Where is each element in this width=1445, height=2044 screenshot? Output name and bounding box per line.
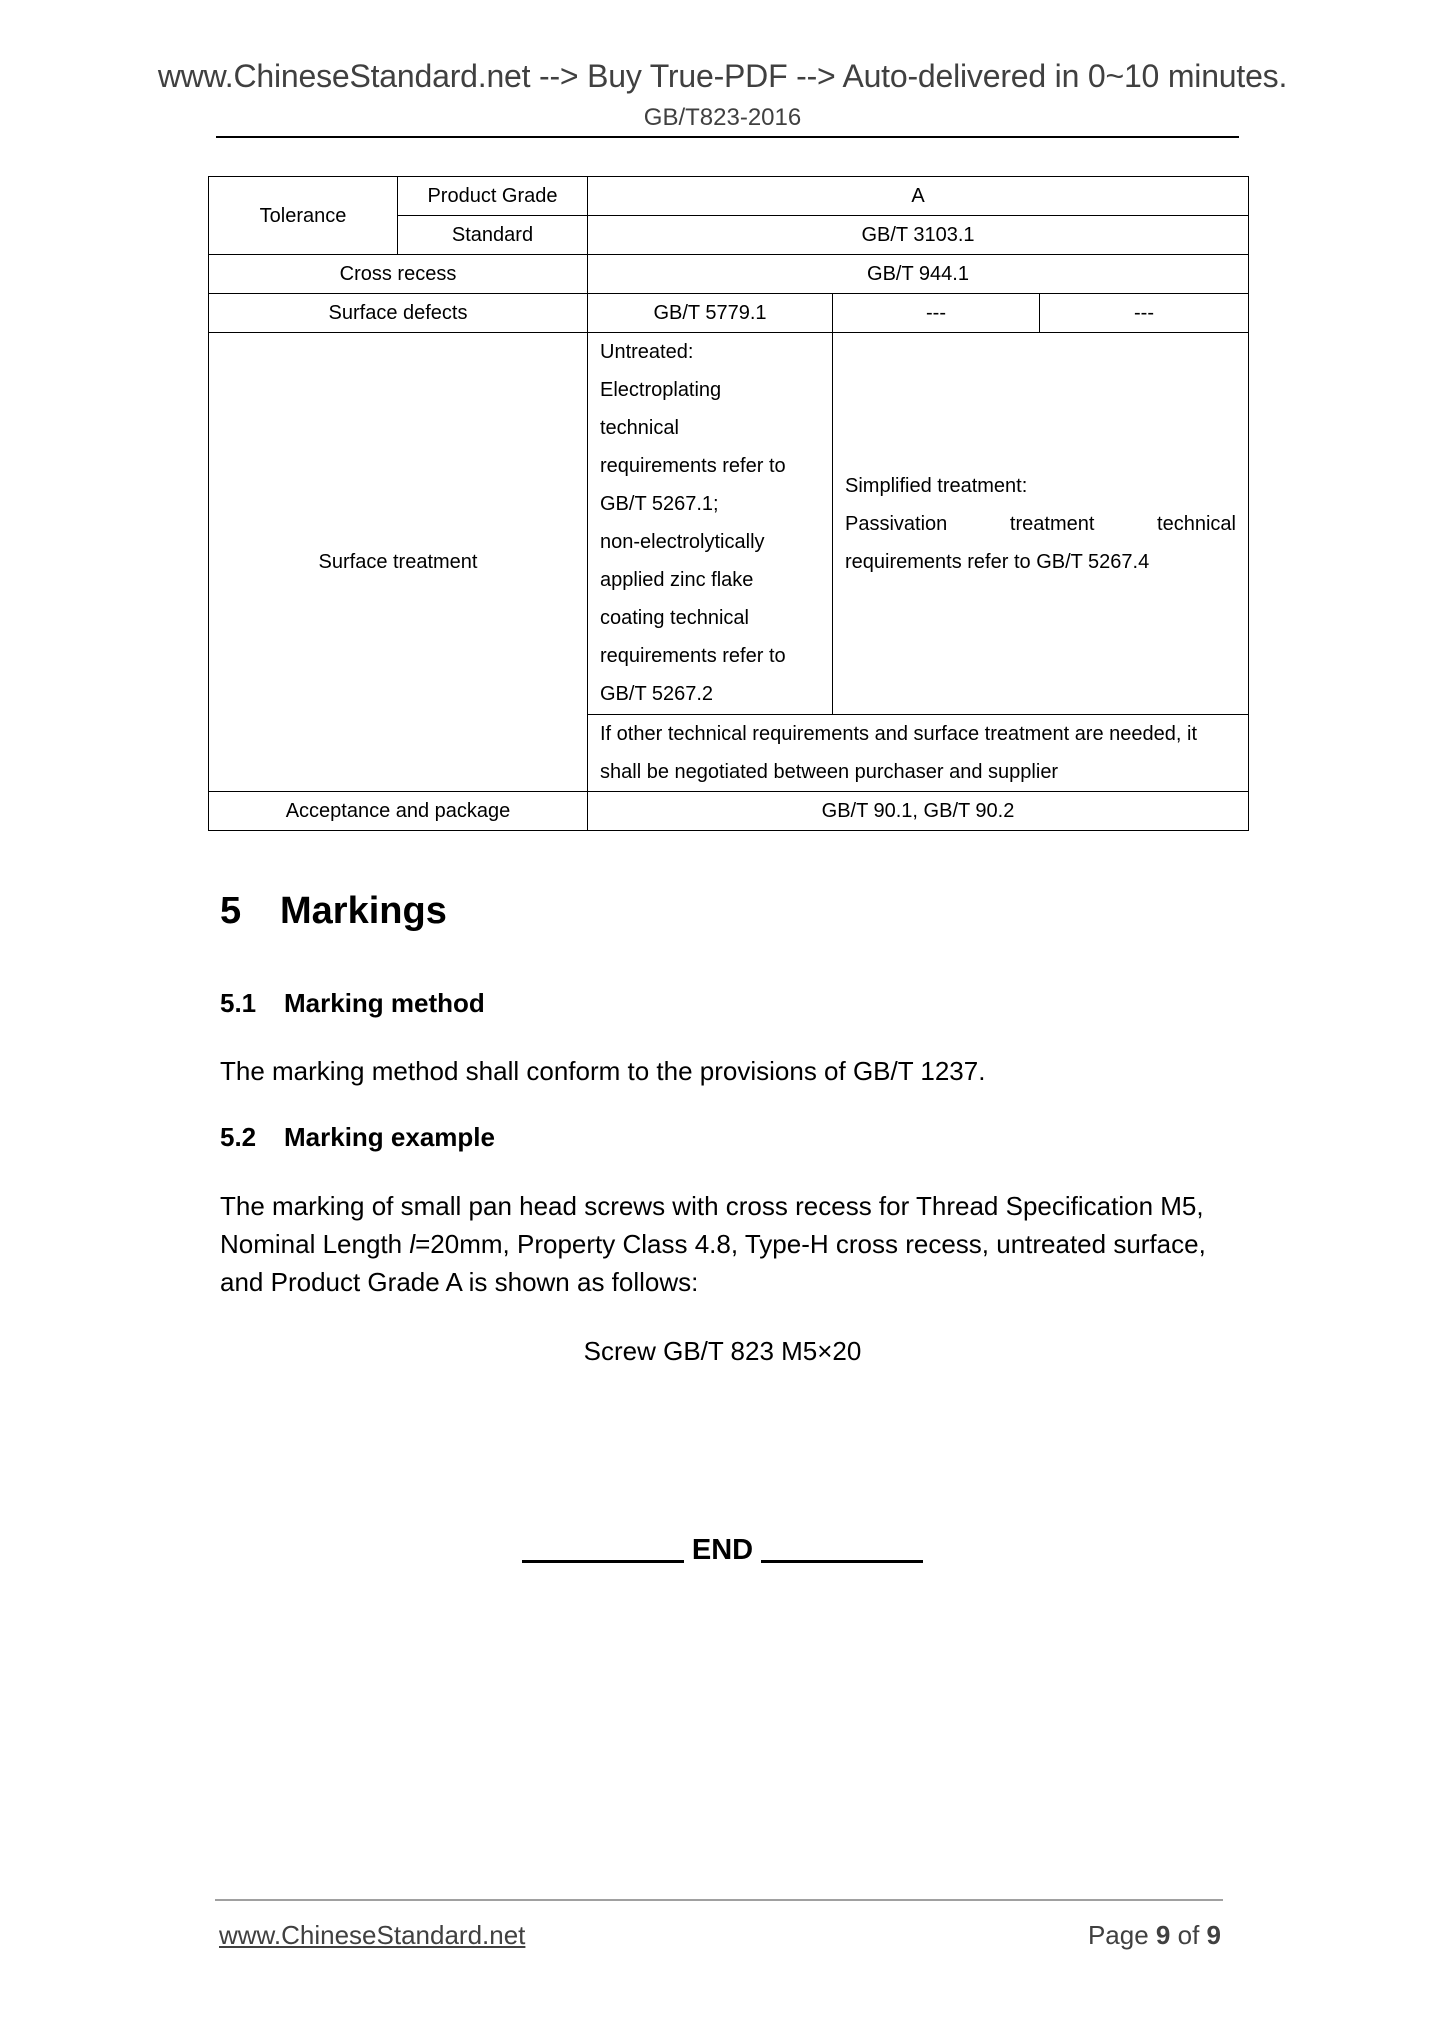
section-title: Markings bbox=[280, 890, 447, 932]
table-row: Tolerance Product Grade A bbox=[209, 177, 1249, 216]
surface-defects-value: --- bbox=[833, 294, 1040, 333]
simplified-title: Simplified treatment: bbox=[845, 467, 1236, 505]
untreated-line: Electroplating bbox=[600, 371, 820, 409]
cross-recess-value: GB/T 944.1 bbox=[588, 255, 1249, 294]
subsection-title: Marking example bbox=[284, 1122, 495, 1152]
footer-divider bbox=[215, 1899, 1223, 1901]
end-marker: END bbox=[0, 1534, 1445, 1567]
product-grade-value: A bbox=[588, 177, 1249, 216]
end-rule-right bbox=[761, 1560, 923, 1563]
page-indicator: Page 9 of 9 bbox=[1088, 1920, 1221, 1951]
marking-example-text: The marking of small pan head screws wit… bbox=[220, 1187, 1240, 1301]
end-label: END bbox=[692, 1534, 753, 1566]
footer-site-link[interactable]: www.ChineseStandard.net bbox=[219, 1920, 525, 1951]
section-heading: 5Markings bbox=[220, 890, 447, 933]
untreated-line: GB/T 5267.2 bbox=[600, 675, 820, 713]
untreated-line: applied zinc flake bbox=[600, 561, 820, 599]
untreated-line: coating technical bbox=[600, 599, 820, 637]
subsection-heading: 5.1Marking method bbox=[220, 988, 485, 1019]
marking-example: Screw GB/T 823 M5×20 bbox=[0, 1336, 1445, 1367]
table-row: Acceptance and package GB/T 90.1, GB/T 9… bbox=[209, 792, 1249, 831]
untreated-cell: Untreated:Electroplatingtechnicalrequire… bbox=[588, 333, 833, 715]
tolerance-label: Tolerance bbox=[209, 177, 398, 255]
document-id: GB/T823-2016 bbox=[0, 104, 1445, 132]
page-of: of bbox=[1178, 1920, 1200, 1950]
subsection-number: 5.2 bbox=[220, 1122, 284, 1153]
header-divider bbox=[216, 136, 1239, 138]
end-rule-left bbox=[522, 1560, 684, 1563]
surface-defects-label: Surface defects bbox=[209, 294, 588, 333]
table-row: Surface treatment Untreated:Electroplati… bbox=[209, 333, 1249, 715]
untreated-line: requirements refer to bbox=[600, 637, 820, 675]
product-grade-label: Product Grade bbox=[398, 177, 588, 216]
page-total: 9 bbox=[1207, 1920, 1221, 1950]
page-current: 9 bbox=[1156, 1920, 1170, 1950]
simplified-treatment-cell: Simplified treatment: Passivation treatm… bbox=[833, 333, 1249, 715]
surface-treatment-label: Surface treatment bbox=[209, 333, 588, 792]
untreated-line: Untreated: bbox=[600, 333, 820, 371]
subsection-number: 5.1 bbox=[220, 988, 284, 1019]
acceptance-label: Acceptance and package bbox=[209, 792, 588, 831]
standard-label: Standard bbox=[398, 216, 588, 255]
page-prefix: Page bbox=[1088, 1920, 1149, 1950]
untreated-line: requirements refer to bbox=[600, 447, 820, 485]
surface-defects-value: --- bbox=[1040, 294, 1249, 333]
table-row: Surface defects GB/T 5779.1 --- --- bbox=[209, 294, 1249, 333]
section-number: 5 bbox=[220, 890, 280, 933]
table-row: Cross recess GB/T 944.1 bbox=[209, 255, 1249, 294]
cross-recess-label: Cross recess bbox=[209, 255, 588, 294]
standard-value: GB/T 3103.1 bbox=[588, 216, 1249, 255]
untreated-line: technical bbox=[600, 409, 820, 447]
surface-treatment-note: If other technical requirements and surf… bbox=[588, 715, 1249, 792]
untreated-line: GB/T 5267.1; bbox=[600, 485, 820, 523]
subsection-title: Marking method bbox=[284, 988, 485, 1018]
surface-defects-value: GB/T 5779.1 bbox=[588, 294, 833, 333]
untreated-text: Untreated:Electroplatingtechnicalrequire… bbox=[600, 333, 820, 713]
acceptance-value: GB/T 90.1, GB/T 90.2 bbox=[588, 792, 1249, 831]
simplified-text: Passivation treatment technical requirem… bbox=[845, 505, 1236, 581]
header-banner: www.ChineseStandard.net --> Buy True-PDF… bbox=[0, 58, 1445, 95]
subsection-heading: 5.2Marking example bbox=[220, 1122, 495, 1153]
marking-method-text: The marking method shall conform to the … bbox=[220, 1052, 1240, 1090]
untreated-line: non-electrolytically bbox=[600, 523, 820, 561]
specification-table: Tolerance Product Grade A Standard GB/T … bbox=[208, 176, 1249, 831]
